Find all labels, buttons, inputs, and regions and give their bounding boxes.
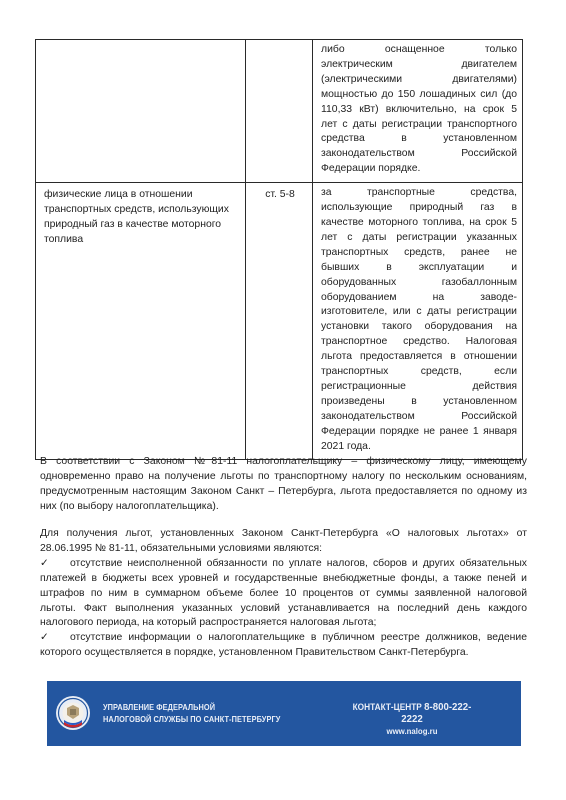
description-line: регистрационные действия (321, 380, 517, 395)
paragraph-line: которого осуществляется в порядке, устан… (40, 646, 527, 661)
table-row: физические лица в отношении транспортных… (36, 183, 523, 460)
paragraph-line: одновременно право на получение льготы п… (40, 470, 527, 485)
paragraph-line: платежей в бюджеты всех уровней и госуда… (40, 572, 527, 587)
paragraph-line: штрафов по ним в суммарном объеме более … (40, 587, 527, 602)
description-line: за транспортные средства, (321, 186, 517, 201)
organization-name-line: УПРАВЛЕНИЕ ФЕДЕРАЛЬНОЙ (103, 702, 280, 714)
description-line: средства в установленном (321, 132, 517, 147)
condition-text: отсутствие неисполненной обязанности по … (70, 558, 527, 569)
conditions-paragraph: Для получения льгот, установленных Закон… (40, 527, 527, 661)
contact-center-label: КОНТАКТ-ЦЕНТР (353, 702, 422, 712)
description-line: 110,33 кВт) включительно, на срок 5 (321, 103, 517, 118)
tax-benefits-table: либо оснащенное только электрическим дви… (35, 39, 523, 460)
paragraph-line: 28.06.1995 № 81-11, обязательными услови… (40, 542, 527, 557)
description-line: оборудованных газобаллонным (321, 276, 517, 291)
paragraph-line: налогового периода, на который распростр… (40, 616, 527, 631)
benefit-description-cell: либо оснащенное только электрическим дви… (313, 40, 523, 183)
beneficiary-category-cell (36, 40, 246, 183)
description-line: электрическим двигателем (321, 58, 517, 73)
description-line: лет с даты регистрации транспортного (321, 118, 517, 133)
checkmark-icon: ✓ (40, 631, 70, 646)
description-line: транспортных средств, ранее не (321, 246, 517, 261)
law-article-cell (246, 40, 313, 183)
description-line: льгота предоставляется в отношении (321, 350, 517, 365)
paragraph-line: предусмотренным настоящим Законом Санкт … (40, 485, 527, 500)
description-line: 2021 года. (321, 440, 517, 455)
description-line: бывших в эксплуатации и (321, 261, 517, 276)
description-line: Федерации порядке. (321, 162, 517, 177)
description-line: качестве моторного топлива, на срок 5 (321, 216, 517, 231)
document-page: либо оснащенное только электрическим дви… (0, 0, 566, 800)
description-line: либо оснащенное только (321, 43, 517, 58)
description-line: произведены в установленном (321, 395, 517, 410)
paragraph-line: Для получения льгот, установленных Закон… (40, 527, 527, 542)
description-line: установки такого оборудования на (321, 320, 517, 335)
description-line: лет с даты регистрации указанных (321, 231, 517, 246)
description-line: транспортных средств, если (321, 365, 517, 380)
description-line: законодательством Российской (321, 147, 517, 162)
contact-info: КОНТАКТ-ЦЕНТР 8-800-222-2222 www.nalog.r… (343, 701, 481, 737)
description-line: транспортное средство. Налоговая (321, 335, 517, 350)
website-link[interactable]: www.nalog.ru (343, 725, 481, 737)
description-line: использующие природный газ в (321, 201, 517, 216)
benefit-description-cell: за транспортные средства,использующие пр… (313, 183, 523, 460)
condition-item: ✓отсутствие информации о налогоплательщи… (40, 631, 527, 646)
paragraph-line: В соответствии с Законом №81-11 налогопл… (40, 455, 527, 470)
organization-name-line: НАЛОГОВОЙ СЛУЖБЫ ПО САНКТ-ПЕТЕРБУРГУ (103, 714, 280, 726)
condition-text: отсутствие информации о налогоплательщик… (70, 632, 527, 643)
law-article-cell: ст. 5-8 (246, 183, 313, 460)
organization-name: УПРАВЛЕНИЕ ФЕДЕРАЛЬНОЙ НАЛОГОВОЙ СЛУЖБЫ … (103, 702, 280, 726)
fns-footer-banner: УПРАВЛЕНИЕ ФЕДЕРАЛЬНОЙ НАЛОГОВОЙ СЛУЖБЫ … (47, 681, 521, 746)
description-line: Федерации порядке не ранее 1 января (321, 425, 517, 440)
multiple-grounds-paragraph: В соответствии с Законом №81-11 налогопл… (40, 455, 527, 515)
condition-item: ✓отсутствие неисполненной обязанности по… (40, 557, 527, 572)
description-line: (электрическими двигателями) (321, 73, 517, 88)
checkmark-icon: ✓ (40, 557, 70, 572)
table-row: либо оснащенное только электрическим дви… (36, 40, 523, 183)
beneficiary-category-cell: физические лица в отношении транспортных… (36, 183, 246, 460)
description-line: законодательством Российской (321, 410, 517, 425)
description-line: оборудованием на заводе- (321, 291, 517, 306)
paragraph-line: льготы. Факт выполнения указанных услови… (40, 602, 527, 617)
paragraph-line: них (по выбору налогоплательщика). (40, 500, 527, 515)
fns-emblem-icon (55, 695, 91, 731)
description-line: изготовителе, или с даты регистрации (321, 305, 517, 320)
description-line: мощностью до 150 лошадиных сил (до (321, 88, 517, 103)
